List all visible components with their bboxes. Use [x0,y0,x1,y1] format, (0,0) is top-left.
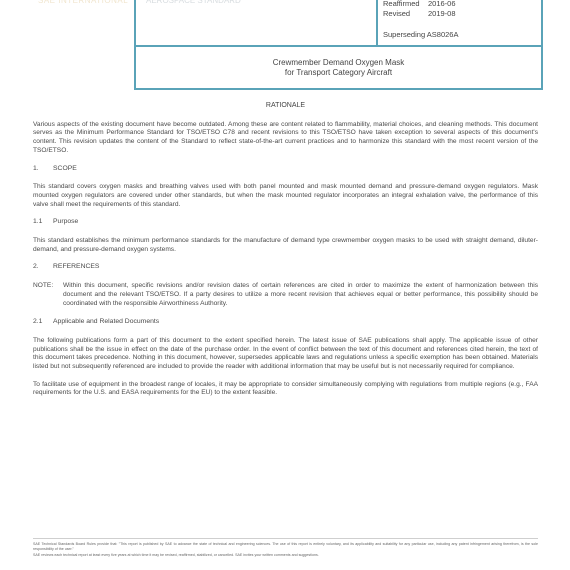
section-number: 2. [33,263,53,272]
meta-value: 2019-08 [428,9,456,18]
document-header-box: Reaffirmed2016-06 Revised2019-08 Superse… [134,0,543,90]
title-line-2: for Transport Category Aircraft [136,68,541,78]
meta-reaffirmed: Reaffirmed2016-06 [383,0,456,8]
footer-rules-text: SAE Technical Standards Board Rules prov… [33,542,538,551]
rationale-heading: RATIONALE [33,102,538,111]
meta-key: Reaffirmed [383,0,428,8]
purpose-text: This standard establishes the minimum pe… [33,237,538,254]
section-number: 1. [33,165,53,174]
applicable-text-1: The following publications form a part o… [33,337,538,372]
section-scope-heading: 1.SCOPE [33,165,538,174]
rationale-text: Various aspects of the existing document… [33,121,538,156]
document-footer: SAE Technical Standards Board Rules prov… [33,538,538,560]
top-cropped-text-left: SAE INTERNATIONAL [38,0,128,5]
section-number: 2.1 [33,318,53,327]
document-title: Crewmember Demand Oxygen Mask for Transp… [136,47,541,88]
section-title: Purpose [53,218,78,225]
section-references-heading: 2.REFERENCES [33,263,538,272]
section-title: SCOPE [53,165,77,172]
section-applicable-heading: 2.1Applicable and Related Documents [33,318,538,327]
meta-revised: Revised2019-08 [383,9,456,18]
title-line-1: Crewmember Demand Oxygen Mask [136,58,541,68]
scope-text: This standard covers oxygen masks and br… [33,183,538,209]
header-meta-cell: Reaffirmed2016-06 Revised2019-08 Superse… [376,0,541,45]
header-top-row: Reaffirmed2016-06 Revised2019-08 Superse… [136,0,541,47]
meta-value: 2016-06 [428,0,456,8]
section-title: REFERENCES [53,263,99,270]
footer-review-text: SAE reviews each technical report at lea… [33,553,538,558]
applicable-text-2: To facilitate use of equipment in the br… [33,381,538,398]
meta-key: Revised [383,9,428,18]
references-note: NOTE: Within this document, specific rev… [33,282,538,308]
meta-superseding: Superseding AS8026A [383,30,458,39]
document-body: RATIONALE Various aspects of the existin… [33,102,538,407]
note-label: NOTE: [33,282,63,308]
section-purpose-heading: 1.1Purpose [33,218,538,227]
note-text: Within this document, specific revisions… [63,282,538,308]
section-number: 1.1 [33,218,53,227]
section-title: Applicable and Related Documents [53,318,159,325]
